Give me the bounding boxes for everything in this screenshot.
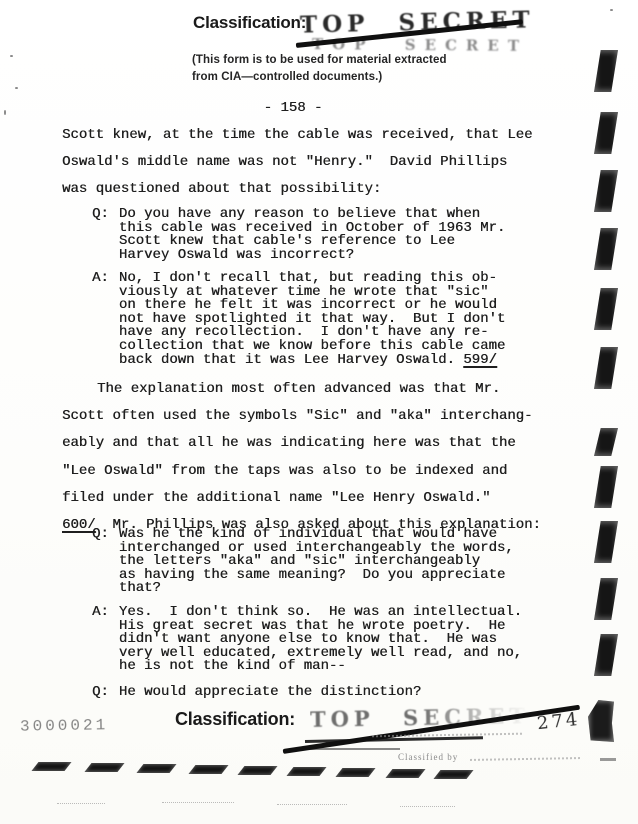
scan-artifact-line	[57, 803, 105, 804]
footer-corner-hatch-mark	[588, 700, 614, 742]
edge-registration-mark	[594, 578, 618, 620]
question-label: Q:	[92, 686, 109, 700]
answer-block-2: A: Yes. I don't think so. He was an inte…	[92, 606, 582, 674]
answer-block-1: A: No, I don't recall that, but reading …	[92, 272, 572, 367]
answer-text: No, I don't recall that, but reading thi…	[119, 272, 505, 367]
paragraph-lines: The explanation most often advanced was …	[62, 376, 582, 512]
bottom-registration-dash	[237, 766, 277, 775]
answer-last-line: back down that it was Lee Harvey Oswald.…	[119, 354, 505, 368]
scan-speck	[610, 9, 613, 11]
faint-illegible-signature	[470, 757, 580, 761]
header-classification-label: Classification:	[193, 13, 306, 33]
bottom-registration-dash	[385, 769, 425, 778]
footer-classification-label: Classification:	[175, 709, 295, 730]
answer-last-line-text: back down that it was Lee Harvey Oswald.	[119, 352, 463, 368]
bottom-registration-dash	[84, 763, 124, 772]
edge-registration-mark	[594, 428, 618, 456]
edge-registration-mark	[594, 347, 618, 389]
answer-lines: No, I don't recall that, but reading thi…	[119, 272, 505, 354]
edge-registration-mark	[594, 170, 618, 212]
bottom-registration-dash	[136, 764, 176, 773]
form-usage-note: (This form is to be used for material ex…	[192, 52, 492, 86]
bottom-registration-dash	[31, 762, 71, 771]
bottom-registration-dash	[286, 767, 326, 776]
bottom-registration-dash	[188, 765, 228, 774]
scan-artifact-line	[277, 804, 347, 805]
question-text: Do you have any reason to believe that w…	[119, 208, 505, 262]
edge-small-dash-mark	[600, 758, 616, 761]
bottom-registration-dash	[335, 768, 375, 777]
paragraph-scott-knew: Scott knew, at the time the cable was re…	[62, 122, 572, 204]
document-number-stamp: 3000021	[20, 716, 109, 736]
paragraph-lines: Scott knew, at the time the cable was re…	[62, 122, 572, 204]
question-block-3: Q: He would appreciate the distinction?	[92, 686, 562, 700]
page-stamp-274: 274	[536, 709, 581, 734]
answer-label: A:	[92, 272, 109, 286]
paragraph-explanation: The explanation most often advanced was …	[62, 376, 582, 539]
scan-speck	[15, 87, 18, 89]
footnote-ref-599: 599/	[463, 352, 497, 368]
scan-speck	[10, 55, 13, 57]
scan-artifact-line	[400, 806, 455, 807]
answer-text: Yes. I don't think so. He was an intelle…	[119, 606, 522, 674]
question-block-2: Q: Was he the kind of individual that wo…	[92, 528, 572, 596]
edge-registration-mark	[594, 521, 618, 563]
edge-registration-mark	[594, 634, 618, 676]
edge-registration-mark	[594, 288, 618, 330]
footnote-ref-600: 600/	[62, 517, 96, 533]
question-text: Was he the kind of individual that would…	[119, 528, 514, 596]
bottom-registration-dash	[433, 770, 473, 779]
question-text: He would appreciate the distinction?	[119, 686, 421, 700]
edge-registration-mark	[594, 466, 618, 508]
document-scan-page: Classification: TOP SECRET TOP SECRET (T…	[0, 0, 638, 824]
edge-registration-mark	[594, 50, 618, 92]
question-label: Q:	[92, 528, 109, 542]
scan-speck	[4, 110, 6, 115]
answer-label: A:	[92, 606, 109, 620]
page-number: - 158 -	[0, 100, 612, 116]
question-block-1: Q: Do you have any reason to believe tha…	[92, 208, 562, 262]
edge-registration-mark	[594, 112, 618, 154]
classified-by-note: Classified by	[398, 752, 458, 762]
question-label: Q:	[92, 208, 109, 222]
scan-artifact-line	[162, 802, 234, 803]
edge-registration-mark	[594, 228, 618, 270]
